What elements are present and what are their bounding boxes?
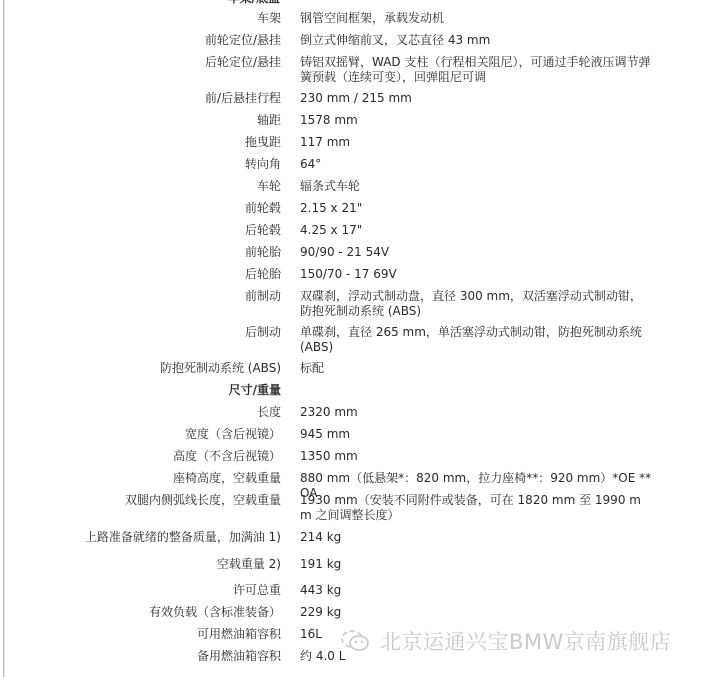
spec-label: 前轮定位/悬挂 <box>0 33 281 48</box>
spec-label: 空载重量 2) <box>0 557 281 572</box>
spec-label: 车架 <box>0 11 281 26</box>
spec-label: 尺寸/重量 <box>0 383 281 398</box>
spec-label: 备用燃油箱容积 <box>0 649 281 664</box>
spec-label: 双腿内侧弧线长度，空载重量 <box>0 493 281 508</box>
wechat-icon <box>340 629 370 653</box>
spec-value: 双碟刹，浮动式制动盘，直径 300 mm，双活塞浮动式制动钳，防抱死制动系统 (… <box>300 289 652 319</box>
spec-value: 191 kg <box>300 557 652 572</box>
spec-value: 1350 mm <box>300 449 652 464</box>
watermark-text: 北京运通兴宝BMW京南旗舰店 <box>380 626 671 656</box>
spec-value: 钢管空间框架，承载发动机 <box>300 11 652 26</box>
spec-label: 拖曳距 <box>0 135 281 150</box>
spec-label: 高度（不含后视镜） <box>0 449 281 464</box>
spec-label: 后轮毂 <box>0 223 281 238</box>
spec-value: 4.25 x 17" <box>300 223 652 238</box>
spec-label: 宽度（含后视镜） <box>0 427 281 442</box>
spec-label: 有效负载（含标准装备） <box>0 605 281 620</box>
spec-value: 2.15 x 21" <box>300 201 652 216</box>
spec-label: 座椅高度，空载重量 <box>0 471 281 486</box>
spec-value: 标配 <box>300 361 652 376</box>
spec-value: 229 kg <box>300 605 652 620</box>
spec-value: 倒立式伸缩前叉，叉芯直径 43 mm <box>300 33 652 48</box>
spec-value: 单碟刹，直径 265 mm，单活塞浮动式制动钳，防抱死制动系统 (ABS) <box>300 325 652 355</box>
spec-label: 可用燃油箱容积 <box>0 627 281 642</box>
watermark: 北京运通兴宝BMW京南旗舰店 <box>340 626 671 656</box>
spec-value: 铸铝双摇臂，WAD 支柱（行程相关阻尼），可通过手轮液压调节弹簧预载（连续可变）… <box>300 55 652 85</box>
spec-label: 前/后悬挂行程 <box>0 91 281 106</box>
spec-label: 防抱死制动系统 (ABS) <box>0 361 281 376</box>
spec-value: 64° <box>300 157 652 172</box>
spec-value: 945 mm <box>300 427 652 442</box>
spec-label: 前制动 <box>0 289 281 304</box>
spec-value: 1578 mm <box>300 113 652 128</box>
spec-label: 长度 <box>0 405 281 420</box>
spec-label: 转向角 <box>0 157 281 172</box>
spec-label: 后制动 <box>0 325 281 340</box>
spec-value: 1930 mm（安装不同附件或装备，可在 1820 mm 至 1990 mm 之… <box>300 493 652 523</box>
spec-value: 443 kg <box>300 583 652 598</box>
spec-label: 前轮胎 <box>0 245 281 260</box>
spec-label: 轴距 <box>0 113 281 128</box>
spec-label: 车轮 <box>0 179 281 194</box>
spec-value: 辐条式车轮 <box>300 179 652 194</box>
spec-value: 214 kg <box>300 530 652 545</box>
spec-value: 2320 mm <box>300 405 652 420</box>
section-heading-chassis: 车架/底盘 <box>0 0 280 5</box>
spec-value: 90/90 - 21 54V <box>300 245 652 260</box>
spec-label: 上路准备就绪的整备质量，加满油 1) <box>0 530 281 545</box>
spec-label: 后轮胎 <box>0 267 281 282</box>
spec-label: 许可总重 <box>0 583 281 598</box>
spec-value: 150/70 - 17 69V <box>300 267 652 282</box>
spec-value: 117 mm <box>300 135 652 150</box>
spec-label: 前轮毂 <box>0 201 281 216</box>
spec-value: 230 mm / 215 mm <box>300 91 652 106</box>
spec-label: 后轮定位/悬挂 <box>0 55 281 70</box>
